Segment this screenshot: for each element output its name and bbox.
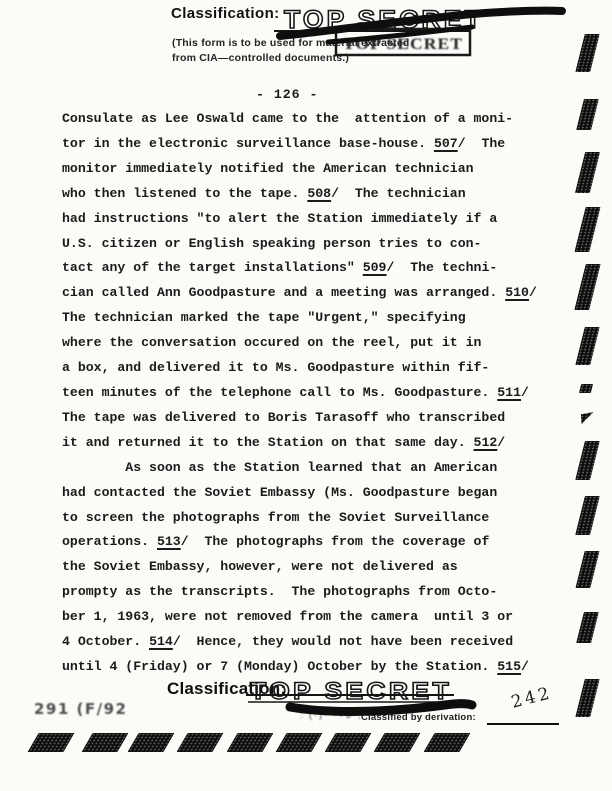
body-line: where the conversation occured on the re… <box>62 331 562 356</box>
redaction-mark <box>575 34 599 72</box>
top-secret-stamp-text-bottom: TOP SECRET <box>250 678 452 705</box>
body-text-segment: where the conversation occured on the re… <box>62 335 481 350</box>
top-secret-stamp-bottom: TOP SECRET <box>240 674 480 728</box>
redaction-mark <box>575 496 600 535</box>
body-line: tact any of the target installations" 50… <box>62 256 562 281</box>
redaction-mark <box>128 733 175 752</box>
footnote-ref: 512 <box>474 435 498 450</box>
body-text-segment: / The photographs from the coverage of <box>181 534 490 549</box>
body-line: The tape was delivered to Boris Tarasoff… <box>62 406 562 431</box>
body-line: teen minutes of the telephone call to Ms… <box>62 381 562 406</box>
body-text-segment: / <box>497 435 505 450</box>
footnote-ref: 508 <box>307 186 331 201</box>
top-secret-stamp-top: TOP SECRET TOP SECRET <box>270 0 570 62</box>
footnote-ref: 513 <box>157 534 181 549</box>
body-line: operations. 513/ The photographs from th… <box>62 530 562 555</box>
page-number: - 126 - <box>256 87 318 102</box>
redaction-mark <box>575 152 600 193</box>
body-text-segment: / The technician <box>331 186 466 201</box>
redaction-mark <box>227 733 274 752</box>
redaction-mark <box>276 733 323 752</box>
body-line: 4 October. 514/ Hence, they would not ha… <box>62 630 562 655</box>
classification-label-top: Classification: <box>171 5 280 22</box>
redaction-mark <box>575 679 599 717</box>
body-line: U.S. citizen or English speaking person … <box>62 232 562 257</box>
footnote-ref: 507 <box>434 136 458 151</box>
body-text-segment: tor in the electronic surveillance base-… <box>62 136 434 151</box>
body-text-segment: tact any of the target installations" <box>62 260 363 275</box>
date-stamp: 291 (F/92 <box>34 700 128 718</box>
body-text-segment: The tape was delivered to Boris Tarasoff… <box>62 410 505 425</box>
body-text-segment: Consulate as Lee Oswald came to the atte… <box>62 111 513 126</box>
handwritten-page-ref: 242 <box>509 683 554 712</box>
body-text-segment: 4 October. <box>62 634 149 649</box>
body-line: Consulate as Lee Oswald came to the atte… <box>62 107 562 132</box>
body-line: ber 1, 1963, were not removed from the c… <box>62 605 562 630</box>
redaction-mark <box>325 733 372 752</box>
redaction-mark <box>28 733 75 752</box>
footnote-ref: 510 <box>505 285 529 300</box>
redaction-mark <box>579 384 593 393</box>
body-line: to screen the photographs from the Sovie… <box>62 506 562 531</box>
redaction-mark <box>374 733 421 752</box>
body-text-segment: teen minutes of the telephone call to Ms… <box>62 385 497 400</box>
body-text-segment: As soon as the Station learned that an A… <box>62 460 497 475</box>
body-text-segment: U.S. citizen or English speaking person … <box>62 236 481 251</box>
body-line: monitor immediately notified the America… <box>62 157 562 182</box>
body-text-segment: / The <box>458 136 505 151</box>
body-text-segment: prompty as the transcripts. The photogra… <box>62 584 497 599</box>
redaction-mark <box>575 441 600 480</box>
redaction-mark <box>575 551 599 588</box>
body-text-segment: until 4 (Friday) or 7 (Monday) October b… <box>62 659 497 674</box>
body-line: prompty as the transcripts. The photogra… <box>62 580 562 605</box>
body-text-segment: to screen the photographs from the Sovie… <box>62 510 489 525</box>
body-text-segment: the Soviet Embassy, however, were not de… <box>62 559 458 574</box>
footnote-ref: 515 <box>497 659 521 674</box>
body-text-segment: had instructions "to alert the Station i… <box>62 211 497 226</box>
body-line: The technician marked the tape "Urgent,"… <box>62 306 562 331</box>
redaction-mark <box>574 264 600 310</box>
body-text-segment: The technician marked the tape "Urgent,"… <box>62 310 466 325</box>
body-text-segment: cian called Ann Goodpasture and a meetin… <box>62 285 505 300</box>
redaction-mark <box>177 733 224 752</box>
body-line: cian called Ann Goodpasture and a meetin… <box>62 281 562 306</box>
body-text-segment: ber 1, 1963, were not removed from the c… <box>62 609 513 624</box>
body-line: who then listened to the tape. 508/ The … <box>62 182 562 207</box>
body-line: had contacted the Soviet Embassy (Ms. Go… <box>62 481 562 506</box>
body-line: As soon as the Station learned that an A… <box>62 456 562 481</box>
body-line: tor in the electronic surveillance base-… <box>62 132 562 157</box>
derivation-underline <box>487 723 559 725</box>
redaction-mark <box>576 99 599 130</box>
body-line: it and returned it to the Station on tha… <box>62 431 562 456</box>
footnote-ref: 514 <box>149 634 173 649</box>
body-line: a box, and delivered it to Ms. Goodpastu… <box>62 356 562 381</box>
redaction-mark <box>82 733 129 752</box>
body-text-segment: / The techni- <box>386 260 497 275</box>
redaction-mark <box>576 612 599 643</box>
body-text: Consulate as Lee Oswald came to the atte… <box>62 107 562 680</box>
body-text-segment: a box, and delivered it to Ms. Goodpastu… <box>62 360 489 375</box>
body-text-segment: / <box>521 659 529 674</box>
body-text-segment: / <box>529 285 537 300</box>
body-text-segment: operations. <box>62 534 157 549</box>
body-text-segment: it and returned it to the Station on tha… <box>62 435 474 450</box>
body-text-segment: had contacted the Soviet Embassy (Ms. Go… <box>62 485 497 500</box>
redaction-mark <box>579 412 594 424</box>
redaction-mark <box>424 733 471 752</box>
scanned-document-page: Classification: (This form is to be used… <box>0 0 612 791</box>
redaction-mark <box>575 327 599 365</box>
redaction-mark <box>574 207 600 252</box>
body-line: the Soviet Embassy, however, were not de… <box>62 555 562 580</box>
body-text-segment: / <box>521 385 529 400</box>
body-line: had instructions "to alert the Station i… <box>62 207 562 232</box>
body-text-segment: who then listened to the tape. <box>62 186 307 201</box>
body-text-segment: / Hence, they would not have been receiv… <box>173 634 513 649</box>
footnote-ref: 511 <box>497 385 521 400</box>
footnote-ref: 509 <box>363 260 387 275</box>
body-text-segment: monitor immediately notified the America… <box>62 161 474 176</box>
